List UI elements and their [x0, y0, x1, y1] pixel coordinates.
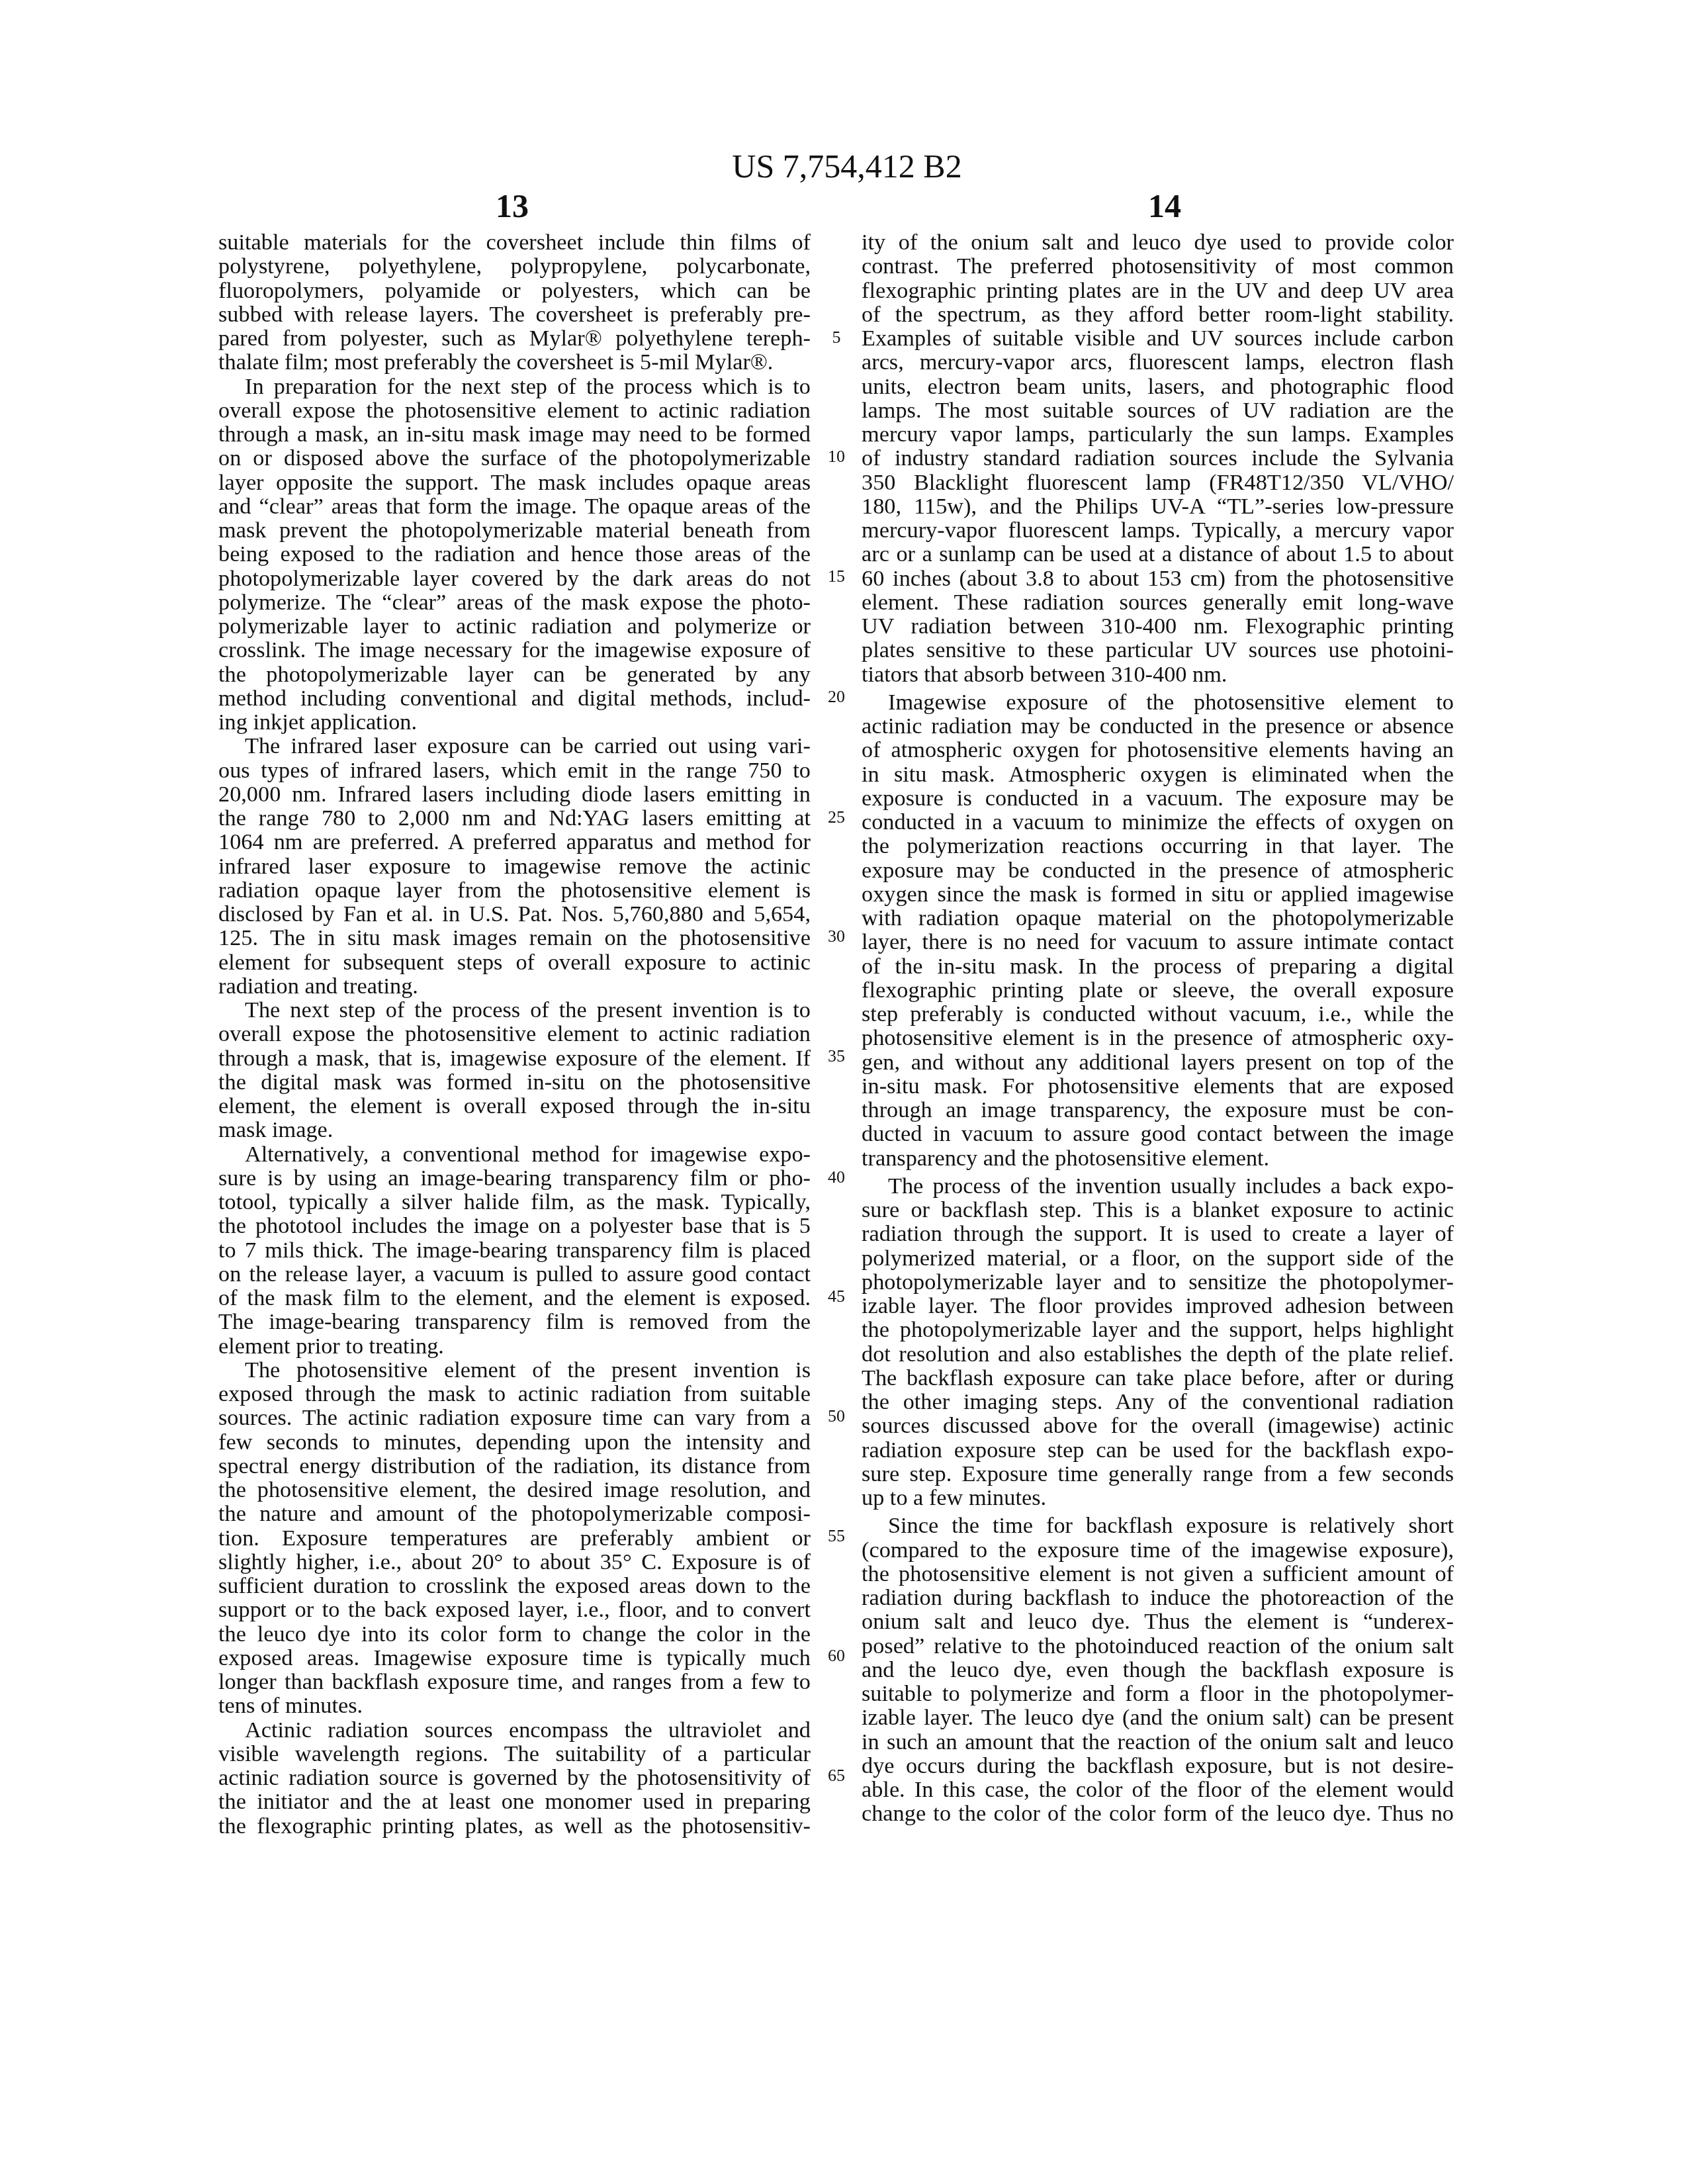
text-line: arcs, mercury-vapor arcs, fluorescent la…	[862, 350, 1454, 374]
text-line: layer, there is no need for vacuum to as…	[862, 930, 1454, 954]
text-line: the photosensitive element, the desired …	[218, 1478, 811, 1502]
text-line: posed” relative to the photoinduced reac…	[862, 1634, 1454, 1658]
text-line: suitable materials for the coversheet in…	[218, 230, 811, 254]
text-line: lamps. The most suitable sources of UV r…	[862, 398, 1454, 422]
text-line: arc or a sunlamp can be used at a distan…	[862, 542, 1454, 566]
text-line: photosensitive element is in the presenc…	[862, 1026, 1454, 1050]
text-line: The next step of the process of the pres…	[218, 998, 811, 1022]
text-line: The image-bearing transparency film is r…	[218, 1310, 811, 1334]
text-line: tiators that absorb between 310-400 nm.	[862, 662, 1454, 686]
right-column-number: 14	[1125, 187, 1204, 225]
text-line: slightly higher, i.e., about 20° to abou…	[218, 1550, 811, 1574]
text-line: element for subsequent steps of overall …	[218, 950, 811, 974]
margin-line-number: 60	[821, 1646, 852, 1666]
text-line: photopolymerizable layer and to sensitiz…	[862, 1270, 1454, 1294]
text-line: spectral energy distribution of the radi…	[218, 1454, 811, 1478]
text-line: radiation during backflash to induce the…	[862, 1586, 1454, 1610]
text-line: radiation through the support. It is use…	[862, 1222, 1454, 1246]
text-line: on or disposed above the surface of the …	[218, 446, 811, 470]
text-line: units, electron beam units, lasers, and …	[862, 375, 1454, 398]
margin-line-number: 5	[821, 328, 852, 347]
text-line: transparency and the photosensitive elem…	[862, 1146, 1454, 1170]
margin-line-number: 55	[821, 1526, 852, 1546]
text-line: longer than backflash exposure time, and…	[218, 1670, 811, 1694]
margin-line-number: 35	[821, 1046, 852, 1066]
text-line: the photopolymerizable layer and the sup…	[862, 1318, 1454, 1342]
text-line: polymerizable layer to actinic radiation…	[218, 614, 811, 638]
text-line: ducted in vacuum to assure good contact …	[862, 1122, 1454, 1146]
text-line: flexographic printing plates are in the …	[862, 279, 1454, 302]
margin-line-number: 45	[821, 1287, 852, 1306]
text-line: contrast. The preferred photosensitivity…	[862, 254, 1454, 278]
text-line: The backflash exposure can take place be…	[862, 1366, 1454, 1390]
text-line: crosslink. The image necessary for the i…	[218, 638, 811, 662]
text-line: radiation and treating.	[218, 974, 811, 998]
text-line: in such an amount that the reaction of t…	[862, 1730, 1454, 1754]
text-line: the phototool includes the image on a po…	[218, 1214, 811, 1238]
text-line: element, the element is overall exposed …	[218, 1094, 811, 1118]
margin-line-number: 15	[821, 567, 852, 586]
text-line: the photosensitive element is not given …	[862, 1562, 1454, 1586]
text-line: visible wavelength regions. The suitabil…	[218, 1742, 811, 1766]
margin-line-number: 10	[821, 447, 852, 467]
margin-line-number: 65	[821, 1766, 852, 1786]
text-line: through a mask, that is, imagewise expos…	[218, 1046, 811, 1070]
text-line: plates sensitive to these particular UV …	[862, 638, 1454, 662]
text-line: sufficient duration to crosslink the exp…	[218, 1574, 811, 1598]
text-line: sure step. Exposure time generally range…	[862, 1462, 1454, 1486]
text-line: tion. Exposure temperatures are preferab…	[218, 1526, 811, 1550]
text-line: through an image transparency, the expos…	[862, 1098, 1454, 1122]
text-line: of the mask film to the element, and the…	[218, 1286, 811, 1310]
text-line: the photopolymerizable layer can be gene…	[218, 662, 811, 686]
margin-line-number: 20	[821, 687, 852, 707]
text-line: element prior to treating.	[218, 1334, 811, 1358]
left-text-column: suitable materials for the coversheet in…	[218, 230, 811, 1838]
text-line: The photosensitive element of the presen…	[218, 1358, 811, 1382]
text-line: photopolymerizable layer covered by the …	[218, 567, 811, 590]
text-line: 350 Blacklight fluorescent lamp (FR48T12…	[862, 471, 1454, 494]
text-line: support or to the back exposed layer, i.…	[218, 1598, 811, 1621]
text-line: Alternatively, a conventional method for…	[218, 1142, 811, 1166]
text-line: able. In this case, the color of the flo…	[862, 1778, 1454, 1801]
text-line: to 7 mils thick. The image-bearing trans…	[218, 1238, 811, 1262]
text-line: 180, 115w), and the Philips UV-A “TL”-se…	[862, 494, 1454, 518]
text-line: polymerize. The “clear” areas of the mas…	[218, 590, 811, 614]
text-line: dot resolution and also establishes the …	[862, 1342, 1454, 1366]
text-line: exposed through the mask to actinic radi…	[218, 1382, 811, 1406]
text-line: few seconds to minutes, depending upon t…	[218, 1430, 811, 1454]
text-line: the other imaging steps. Any of the conv…	[862, 1390, 1454, 1414]
text-line: totool, typically a silver halide film, …	[218, 1190, 811, 1214]
text-line: and the leuco dye, even though the backf…	[862, 1658, 1454, 1682]
text-line: exposure may be conducted in the presenc…	[862, 858, 1454, 882]
text-line: Since the time for backflash exposure is…	[862, 1514, 1454, 1537]
text-line: the polymerization reactions occurring i…	[862, 834, 1454, 858]
text-line: The process of the invention usually inc…	[862, 1174, 1454, 1198]
text-line: In preparation for the next step of the …	[218, 375, 811, 398]
text-line: in-situ mask. For photosensitive element…	[862, 1074, 1454, 1098]
text-line: of the spectrum, as they afford better r…	[862, 302, 1454, 326]
text-line: change to the color of the color form of…	[862, 1801, 1454, 1825]
text-line: radiation exposure step can be used for …	[862, 1438, 1454, 1462]
text-line: conducted in a vacuum to minimize the ef…	[862, 810, 1454, 834]
text-line: exposure is conducted in a vacuum. The e…	[862, 786, 1454, 810]
text-line: sources. The actinic radiation exposure …	[218, 1406, 811, 1430]
text-line: the initiator and the at least one monom…	[218, 1790, 811, 1813]
text-line: UV radiation between 310-400 nm. Flexogr…	[862, 614, 1454, 638]
text-line: step preferably is conducted without vac…	[862, 1002, 1454, 1026]
margin-line-number: 40	[821, 1167, 852, 1187]
text-line: 125. The in situ mask images remain on t…	[218, 926, 811, 950]
text-line: actinic radiation source is governed by …	[218, 1766, 811, 1790]
text-line: infrared laser exposure to imagewise rem…	[218, 854, 811, 878]
text-line: of atmospheric oxygen for photosensitive…	[862, 738, 1454, 762]
margin-line-number: 30	[821, 927, 852, 946]
text-line: of the in-situ mask. In the process of p…	[862, 954, 1454, 978]
text-line: ous types of infrared lasers, which emit…	[218, 758, 811, 782]
right-text-column: ity of the onium salt and leuco dye used…	[862, 230, 1454, 1826]
text-line: mask image.	[218, 1118, 811, 1142]
text-line: of industry standard radiation sources i…	[862, 446, 1454, 470]
text-line: actinic radiation may be conducted in th…	[862, 714, 1454, 738]
text-line: being exposed to the radiation and hence…	[218, 542, 811, 566]
patent-number: US 7,754,412 B2	[0, 147, 1694, 185]
text-line: flexographic printing plate or sleeve, t…	[862, 978, 1454, 1002]
text-line: The infrared laser exposure can be carri…	[218, 734, 811, 758]
text-line: overall expose the photosensitive elemen…	[218, 1022, 811, 1046]
text-line: the nature and amount of the photopolyme…	[218, 1502, 811, 1525]
text-line: izable layer. The floor provides improve…	[862, 1294, 1454, 1318]
text-line: overall expose the photosensitive elemen…	[218, 398, 811, 422]
text-line: suitable to polymerize and form a floor …	[862, 1682, 1454, 1706]
text-line: (compared to the exposure time of the im…	[862, 1538, 1454, 1562]
text-line: disclosed by Fan et al. in U.S. Pat. Nos…	[218, 902, 811, 926]
text-line: and “clear” areas that form the image. T…	[218, 494, 811, 518]
text-line: sources discussed above for the overall …	[862, 1414, 1454, 1437]
margin-line-number: 25	[821, 807, 852, 827]
text-line: thalate film; most preferably the covers…	[218, 350, 811, 374]
text-line: subbed with release layers. The covershe…	[218, 302, 811, 326]
text-line: polymerized material, or a floor, on the…	[862, 1246, 1454, 1270]
text-line: pared from polyester, such as Mylar® pol…	[218, 326, 811, 350]
text-line: exposed areas. Imagewise exposure time i…	[218, 1646, 811, 1670]
text-line: 60 inches (about 3.8 to about 153 cm) fr…	[862, 567, 1454, 590]
text-line: mercury-vapor fluorescent lamps. Typical…	[862, 518, 1454, 542]
text-line: 20,000 nm. Infrared lasers including dio…	[218, 782, 811, 806]
text-line: element. These radiation sources general…	[862, 590, 1454, 614]
text-line: sure is by using an image-bearing transp…	[218, 1166, 811, 1190]
text-line: 1064 nm are preferred. A preferred appar…	[218, 830, 811, 854]
text-line: through a mask, an in-situ mask image ma…	[218, 422, 811, 446]
text-line: Actinic radiation sources encompass the …	[218, 1718, 811, 1742]
text-line: izable layer. The leuco dye (and the oni…	[862, 1706, 1454, 1729]
left-column-number: 13	[472, 187, 552, 225]
text-line: tens of minutes.	[218, 1694, 811, 1717]
text-line: gen, and without any additional layers p…	[862, 1050, 1454, 1074]
text-line: on the release layer, a vacuum is pulled…	[218, 1262, 811, 1286]
text-line: the range 780 to 2,000 nm and Nd:YAG las…	[218, 806, 811, 830]
text-line: with radiation opaque material on the ph…	[862, 906, 1454, 930]
text-line: polystyrene, polyethylene, polypropylene…	[218, 254, 811, 278]
text-line: radiation opaque layer from the photosen…	[218, 878, 811, 902]
text-line: layer opposite the support. The mask inc…	[218, 471, 811, 494]
text-line: onium salt and leuco dye. Thus the eleme…	[862, 1610, 1454, 1633]
margin-line-number: 50	[821, 1406, 852, 1426]
text-line: ing inkjet application.	[218, 710, 811, 734]
text-line: the digital mask was formed in-situ on t…	[218, 1070, 811, 1094]
text-line: fluoropolymers, polyamide or polyesters,…	[218, 279, 811, 302]
text-line: method including conventional and digita…	[218, 686, 811, 710]
text-line: sure or backflash step. This is a blanke…	[862, 1198, 1454, 1222]
text-line: in situ mask. Atmospheric oxygen is elim…	[862, 762, 1454, 786]
text-line: the leuco dye into its color form to cha…	[218, 1622, 811, 1646]
text-line: up to a few minutes.	[862, 1486, 1454, 1510]
text-line: Examples of suitable visible and UV sour…	[862, 326, 1454, 350]
text-line: the flexographic printing plates, as wel…	[218, 1814, 811, 1838]
text-line: Imagewise exposure of the photosensitive…	[862, 690, 1454, 714]
text-line: mercury vapor lamps, particularly the su…	[862, 422, 1454, 446]
text-line: dye occurs during the backflash exposure…	[862, 1754, 1454, 1778]
text-line: oxygen since the mask is formed in situ …	[862, 882, 1454, 906]
text-line: ity of the onium salt and leuco dye used…	[862, 230, 1454, 254]
text-line: mask prevent the photopolymerizable mate…	[218, 518, 811, 542]
